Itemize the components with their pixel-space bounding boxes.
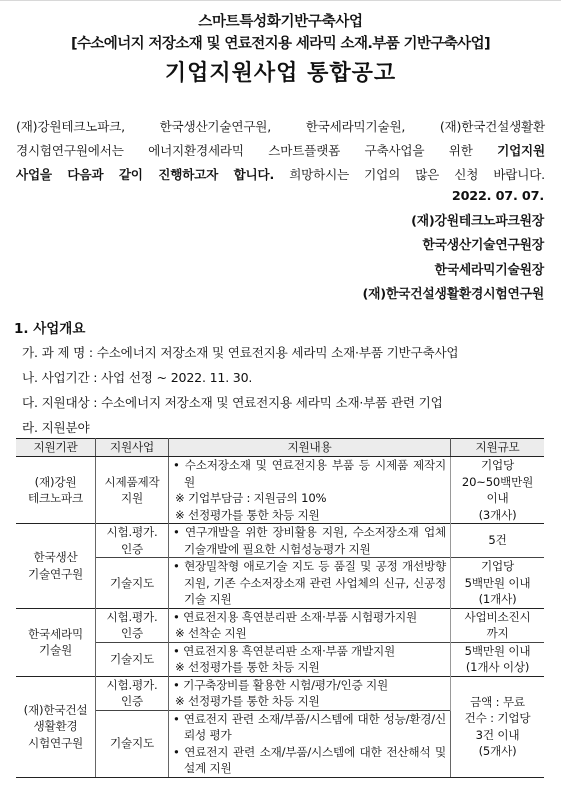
- program-name: 시험.평가.: [100, 677, 164, 694]
- scale-cell: 5건: [451, 524, 545, 558]
- org-name: 한국세라믹: [20, 626, 91, 643]
- intro-text: 경시험연구원에서는 에너지환경세라믹 스마트플랫폼 구축사업을 위한: [16, 143, 497, 158]
- content-note: ※ 기업부담금 : 지원금의 10%: [173, 490, 446, 507]
- org-name: 테크노파크: [20, 490, 91, 507]
- program-name: 인증: [100, 625, 164, 642]
- scale-text: 건수 : 기업당: [455, 710, 540, 727]
- scale-cell: 5백만원 이내 (1개사 이상): [451, 642, 545, 676]
- announcement-title-block: 스마트특성화기반구축사업 [수소에너지 저장소재 및 연료전지용 세라믹 소재.…: [0, 11, 561, 90]
- support-table: 지원기관 지원사업 지원내용 지원규모 (재)강원 테크노파크 시제품제작 지원…: [16, 438, 544, 778]
- content-cell: • 현장밀착형 애로기술 지도 등 품질 및 공정 개선방향 지원, 기존 수소…: [169, 558, 451, 609]
- org-name: 시험연구원: [20, 735, 91, 752]
- program-name: 기술지도: [100, 735, 164, 752]
- program-cell: 시험.평가. 인증: [96, 676, 169, 710]
- program-name: 기술지도: [100, 651, 164, 668]
- content-bullet: • 연료전지용 흑연분리판 소재·부품 시험평가지원: [173, 609, 446, 626]
- program-cell: 기술지도: [96, 558, 169, 609]
- content-cell: • 연료전지 관련 소재/부품/시스템에 대한 성능/환경/신뢰성 평가 • 연…: [169, 710, 451, 777]
- scale-cell: 사업비소진시 까지: [451, 608, 545, 642]
- table-header-row: 지원기관 지원사업 지원내용 지원규모: [16, 439, 544, 457]
- signature-block: 2022. 07. 07. (재)강원테크노파크원장 한국생산기술연구원장 한국…: [362, 185, 544, 308]
- scale-text: (5개사): [455, 743, 540, 760]
- overview-item-title: 가. 과 제 명 : 수소에너지 저장소재 및 연료전지용 세라믹 소재·부품 …: [22, 340, 546, 365]
- content-note: ※ 선정평가를 통한 차등 지원: [173, 659, 446, 676]
- overview-item-target: 다. 지원대상 : 수소에너지 저장소재 및 연료전지용 세라믹 소재·부품 관…: [22, 390, 546, 415]
- intro-line-2: 경시험연구원에서는 에너지환경세라믹 스마트플랫폼 구축사업을 위한 기업지원: [16, 139, 545, 163]
- signer: (재)한국건설생활환경시험연구원: [362, 283, 544, 308]
- content-note: ※ 선정평가를 통한 차등 지원: [173, 507, 446, 524]
- overview-item-period: 나. 사업기간 : 사업 선정 ~ 2022. 11. 30.: [22, 365, 546, 390]
- scale-text: 3건 이내: [455, 727, 540, 744]
- col-header-org: 지원기관: [16, 439, 96, 457]
- overview-item-field: 라. 지원분야: [22, 415, 546, 440]
- program-name: 인증: [100, 693, 164, 710]
- org-cell: 한국생산 기술연구원: [16, 524, 96, 609]
- content-cell: • 기구축장비를 활용한 시험/평가/인증 지원 ※ 선정평가를 통한 차등 지…: [169, 676, 451, 710]
- signer: (재)강원테크노파크원장: [362, 210, 544, 235]
- scale-text: 5백만원 이내: [455, 643, 540, 660]
- col-header-scale: 지원규모: [451, 439, 545, 457]
- scale-text: (1개사 이상): [455, 659, 540, 676]
- page-title: 기업지원사업 통합공고: [0, 58, 561, 90]
- table-row: 한국세라믹 기술원 시험.평가. 인증 • 연료전지용 흑연분리판 소재·부품 …: [16, 608, 544, 642]
- program-name: 인증: [100, 541, 164, 558]
- content-cell: • 연료전지용 흑연분리판 소재·부품 시험평가지원 ※ 선착순 지원: [169, 608, 451, 642]
- col-header-program: 지원사업: [96, 439, 169, 457]
- program-cell: 시험.평가. 인증: [96, 608, 169, 642]
- scale-text: (1개사): [455, 591, 540, 608]
- content-bullet: • 기구축장비를 활용한 시험/평가/인증 지원: [173, 677, 446, 694]
- content-bullet: • 연료전지 관련 소재/부품/시스템에 대한 전산해석 및 설계 지원: [173, 744, 446, 777]
- table-row: 한국생산 기술연구원 시험.평가. 인증 • 연구개발을 위한 장비활용 지원,…: [16, 524, 544, 558]
- org-name: (재)강원: [20, 474, 91, 491]
- section-heading: 1. 사업개요: [14, 318, 546, 340]
- program-cell: 기술지도: [96, 710, 169, 777]
- program-name: 시험.평가.: [100, 524, 164, 541]
- program-name: 기술지도: [100, 575, 164, 592]
- scale-text: 5건: [455, 532, 540, 549]
- org-name: 생활환경: [20, 718, 91, 735]
- intro-paragraph: (재)강원테크노파크, 한국생산기술연구원, 한국세라믹기술원, (재)한국건설…: [16, 115, 545, 187]
- org-name: (재)한국건설: [20, 702, 91, 719]
- content-note: ※ 선정평가를 통한 차등 지원: [173, 693, 446, 710]
- intro-line-1: (재)강원테크노파크, 한국생산기술연구원, 한국세라믹기술원, (재)한국건설…: [16, 115, 545, 139]
- scale-text: 기업당: [455, 457, 540, 474]
- table-row: (재)한국건설 생활환경 시험연구원 시험.평가. 인증 • 기구축장비를 활용…: [16, 676, 544, 710]
- scale-text: 금액 : 무료: [455, 694, 540, 711]
- table-row: (재)강원 테크노파크 시제품제작 지원 • 수소저장소재 및 연료전지용 부품…: [16, 457, 544, 524]
- program-name: 지원: [100, 490, 164, 507]
- program-name: 스마트특성화기반구축사업: [0, 11, 561, 33]
- content-bullet: • 현장밀착형 애로기술 지도 등 품질 및 공정 개선방향 지원, 기존 수소…: [173, 558, 446, 608]
- org-name: 한국생산: [20, 549, 91, 566]
- org-cell: 한국세라믹 기술원: [16, 608, 96, 676]
- scale-text: 20~50백만원: [455, 474, 540, 491]
- program-cell: 기술지도: [96, 642, 169, 676]
- content-bullet: • 수소저장소재 및 연료전지용 부품 등 시제품 제작지원: [173, 457, 446, 490]
- content-bullet: • 연료전지용 흑연분리판 소재·부품 개발지원: [173, 643, 446, 660]
- org-name: 기술연구원: [20, 566, 91, 583]
- content-cell: • 연료전지용 흑연분리판 소재·부품 개발지원 ※ 선정평가를 통한 차등 지…: [169, 642, 451, 676]
- scale-text: (3개사): [455, 507, 540, 524]
- program-name: 시제품제작: [100, 474, 164, 491]
- scale-cell: 기업당 20~50백만원 이내 (3개사): [451, 457, 545, 524]
- intro-line-3: 사업을 다음과 같이 진행하고자 합니다. 희망하시는 기업의 많은 신청 바랍…: [16, 163, 545, 187]
- section-overview: 1. 사업개요 가. 과 제 명 : 수소에너지 저장소재 및 연료전지용 세라…: [14, 318, 546, 440]
- col-header-content: 지원내용: [169, 439, 451, 457]
- program-cell: 시험.평가. 인증: [96, 524, 169, 558]
- content-bullet: • 연구개발을 위한 장비활용 지원, 수소저장소재 업체 기술개발에 필요한 …: [173, 524, 446, 557]
- content-note: ※ 선착순 지원: [173, 625, 446, 642]
- signer: 한국세라믹기술원장: [362, 259, 544, 284]
- scale-text: 기업당: [455, 558, 540, 575]
- content-cell: • 연구개발을 위한 장비활용 지원, 수소저장소재 업체 기술개발에 필요한 …: [169, 524, 451, 558]
- program-cell: 시제품제작 지원: [96, 457, 169, 524]
- org-cell: (재)강원 테크노파크: [16, 457, 96, 524]
- announcement-date: 2022. 07. 07.: [362, 185, 544, 210]
- org-name: 기술원: [20, 642, 91, 659]
- scale-cell: 기업당 5백만원 이내 (1개사): [451, 558, 545, 609]
- table-row: 기술지도 • 연료전지용 흑연분리판 소재·부품 개발지원 ※ 선정평가를 통한…: [16, 642, 544, 676]
- scale-text: 5백만원 이내: [455, 575, 540, 592]
- scale-text: 사업비소진시: [455, 609, 540, 626]
- intro-emphasis: 기업지원: [497, 143, 545, 158]
- scale-cell: 금액 : 무료 건수 : 기업당 3건 이내 (5개사): [451, 676, 545, 777]
- table-row: 기술지도 • 현장밀착형 애로기술 지도 등 품질 및 공정 개선방향 지원, …: [16, 558, 544, 609]
- scale-text: 이내: [455, 490, 540, 507]
- content-bullet: • 연료전지 관련 소재/부품/시스템에 대한 성능/환경/신뢰성 평가: [173, 711, 446, 744]
- signer: 한국생산기술연구원장: [362, 234, 544, 259]
- content-cell: • 수소저장소재 및 연료전지용 부품 등 시제품 제작지원 ※ 기업부담금 :…: [169, 457, 451, 524]
- org-cell: (재)한국건설 생활환경 시험연구원: [16, 676, 96, 777]
- program-subtitle: [수소에너지 저장소재 및 연료전지용 세라믹 소재.부품 기반구축사업]: [0, 33, 561, 56]
- intro-text: 희망하시는 기업의 많은 신청 바랍니다.: [274, 167, 545, 182]
- intro-emphasis: 사업을 다음과 같이 진행하고자 합니다.: [16, 167, 274, 182]
- scale-text: 까지: [455, 625, 540, 642]
- program-name: 시험.평가.: [100, 609, 164, 626]
